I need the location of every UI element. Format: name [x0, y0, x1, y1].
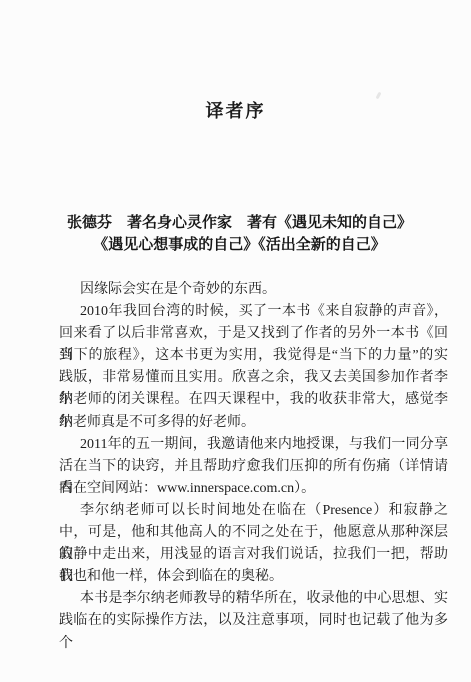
preface-body: 因缘际会实在是个奇妙的东西。2010年我回台湾的时候，买了一本书《来自寂静的声音… — [59, 279, 448, 633]
text-line: 活在当下的诀窍，并且帮助疗愈我们压抑的所有伤痛（详情请看 — [59, 456, 448, 478]
text-line: 寂静中走出来，用浅显的语言对我们说话，拉我们一把，帮助我 — [59, 544, 448, 566]
text-line: 践临在的实际操作方法，以及注意事项，同时也记载了他为多个 — [59, 610, 448, 632]
text-line: 因缘际会实在是个奇妙的东西。 — [59, 279, 448, 301]
scan-artifact — [376, 92, 382, 100]
text-line: 们也和他一样，体会到临在的奥秘。 — [59, 566, 448, 588]
text-line: 回来看了以后非常喜欢，于是又找到了作者的另外一本书《回到 — [59, 323, 448, 345]
text-line: 内在空间网站：www.innerspace.com.cn）。 — [59, 478, 448, 500]
text-line: 2010年我回台湾的时候，买了一本书《来自寂静的声音》， — [59, 301, 448, 323]
author-heading-line-1: 张德芬 著名身心灵作家 著有《遇见未知的自己》 — [4, 212, 471, 234]
text-line: 李尔纳老师可以长时间地处在临在（Presence）和寂静之 — [59, 500, 448, 522]
author-heading: 张德芬 著名身心灵作家 著有《遇见未知的自己》 《遇见心想事成的自己》《活出全新… — [4, 212, 471, 256]
text-line: 2011年的五一期间，我邀请他来内地授课，与我们一同分享 — [59, 434, 448, 456]
author-heading-line-2: 《遇见心想事成的自己》《活出全新的自己》 — [4, 234, 471, 256]
book-page: 译者序 张德芬 著名身心灵作家 著有《遇见未知的自己》 《遇见心想事成的自己》《… — [0, 0, 471, 682]
text-line: 中，可是，他和其他高人的不同之处在于，他愿意从那种深层的 — [59, 522, 448, 544]
text-line: 践版，非常易懂而且实用。欣喜之余，我又去美国参加作者李尔 — [59, 367, 448, 389]
page-title: 译者序 — [0, 100, 471, 122]
text-line: 纳老师真是不可多得的好老师。 — [59, 412, 448, 434]
text-line: 当下的旅程》，这本书更为实用，我觉得是“当下的力量”的实 — [59, 345, 448, 367]
text-line: 纳老师的闭关课程。在四天课程中，我的收获非常大，感觉李尔 — [59, 389, 448, 411]
text-line: 本书是李尔纳老师教导的精华所在，收录他的中心思想、实 — [59, 588, 448, 610]
